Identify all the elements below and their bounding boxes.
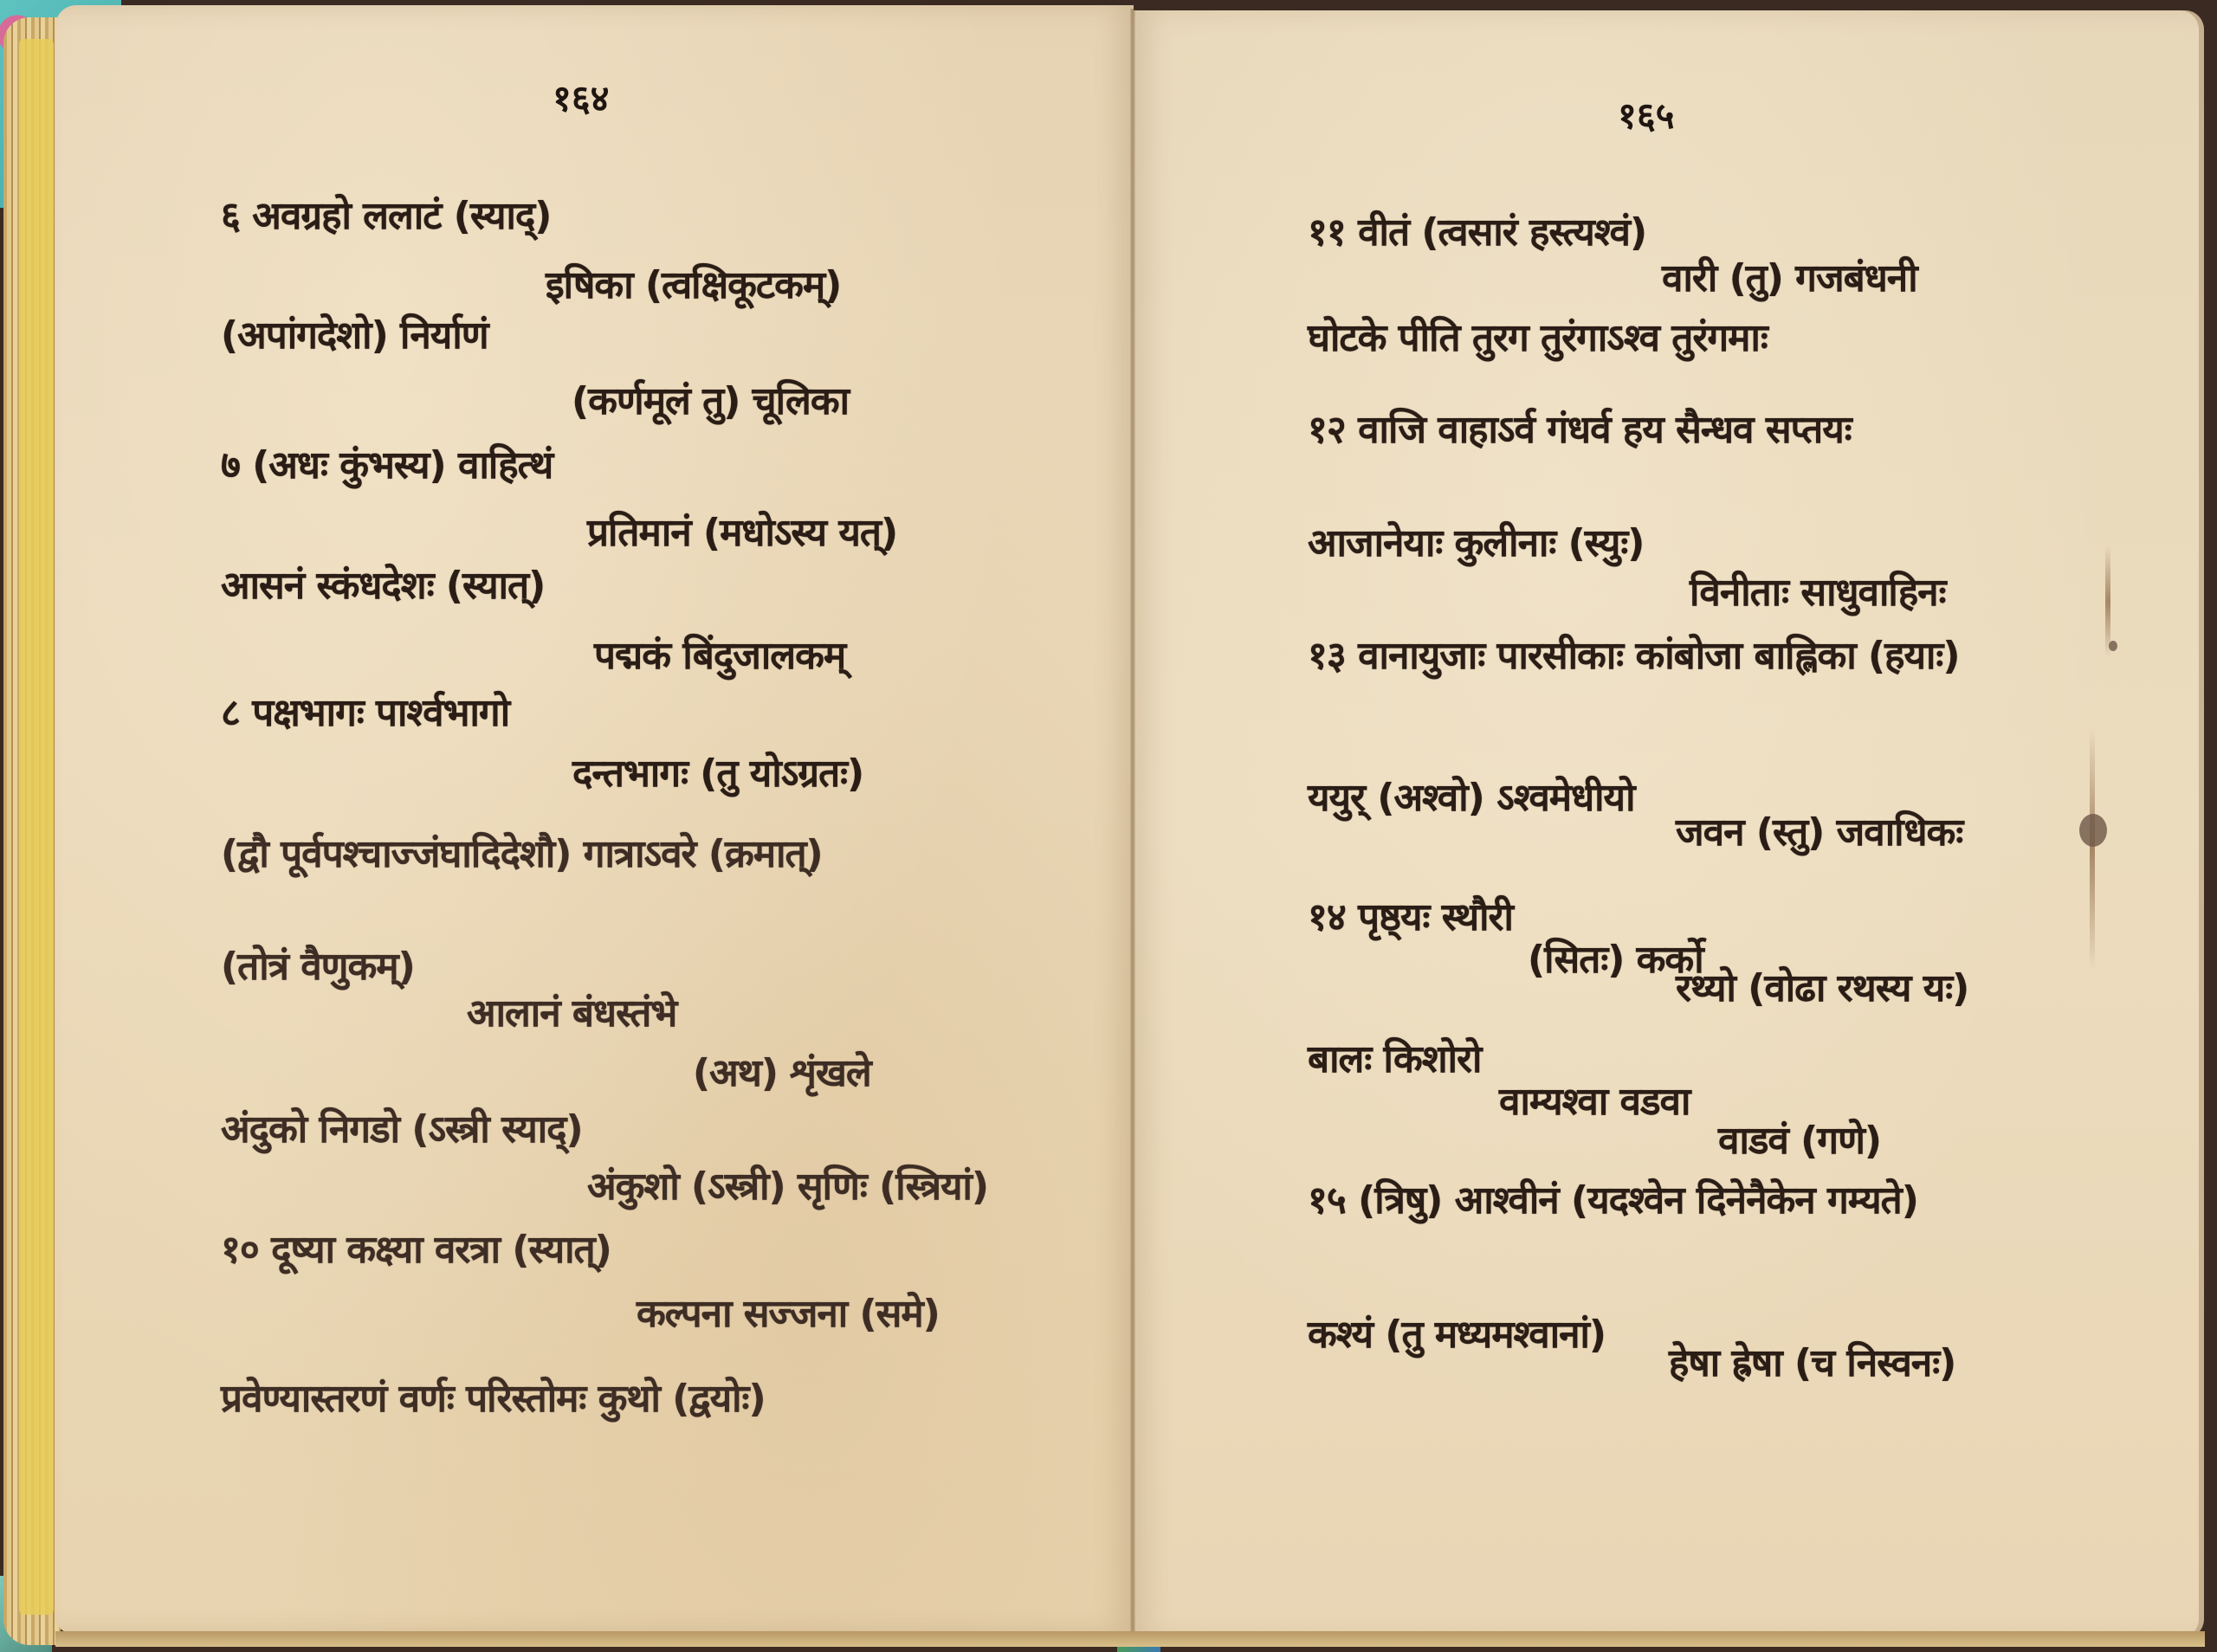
manuscript-line: विनीताः साधुवाहिनः xyxy=(1690,574,1946,612)
manuscript-line: ८ पक्षभागः पार्श्वभागो xyxy=(221,694,509,732)
right-page-number: १६५ xyxy=(1618,90,1675,139)
right-page xyxy=(1134,10,2204,1638)
manuscript-line: प्रतिमानं (मधोऽस्य यत्) xyxy=(587,514,897,552)
book-spine xyxy=(1130,9,1135,1641)
manuscript-line: आजानेयाः कुलीनाः (स्युः) xyxy=(1308,525,1644,563)
manuscript-line: १३ वानायुजाः पारसीकाः कांबोजा बाह्लिका (… xyxy=(1308,637,1959,675)
open-book: १६४ ६ अवग्रहो ललाटं (स्याद्) इषिका (त्वक… xyxy=(0,0,2217,1652)
manuscript-line: अंकुशो (ऽस्त्री) सृणिः (स्त्रियां) xyxy=(587,1168,988,1206)
yellow-binding-strip xyxy=(19,39,54,1615)
manuscript-line: वाडवं (गणे) xyxy=(1718,1122,1881,1160)
manuscript-line: (अपांगदेशो) निर्याणं xyxy=(221,317,488,355)
ink-streak-stain xyxy=(2090,727,2095,970)
manuscript-line: (कर्णमूलं तु) चूलिका xyxy=(572,383,849,421)
left-page-number: १६४ xyxy=(553,73,610,122)
manuscript-line: ७ (अधः कुंभस्य) वाहित्थं xyxy=(221,447,553,485)
ink-blot-stain xyxy=(2109,641,2117,651)
ink-blot-stain xyxy=(2079,814,2107,847)
manuscript-line: ११ वीतं (त्वसारं हस्त्यश्वं) xyxy=(1308,214,1646,252)
manuscript-line: रथ्यो (वोढा रथस्य यः) xyxy=(1676,970,1968,1008)
manuscript-line: ६ अवग्रहो ललाटं (स्याद्) xyxy=(221,197,551,236)
manuscript-line: पद्मकं बिंदुजालकम् xyxy=(594,637,845,675)
manuscript-line: हेषा ह्रेषा (च निस्वनः) xyxy=(1669,1345,1955,1383)
manuscript-line: कल्पना सज्जना (समे) xyxy=(637,1295,940,1333)
manuscript-line: १० दूष्या कक्ष्या वरत्रा (स्यात्) xyxy=(221,1231,611,1269)
manuscript-line: वाम्यश्वा वडवा xyxy=(1499,1083,1690,1121)
manuscript-line: आसनं स्कंधदेशः (स्यात्) xyxy=(221,567,545,605)
manuscript-line: वारी (तु) गजबंधनी xyxy=(1662,260,1917,298)
manuscript-line: १४ पृष्ठ्यः स्थौरी xyxy=(1308,899,1513,937)
manuscript-line: (द्वौ पूर्वपश्चाज्जंघादिदेशौ) गात्राऽवरे… xyxy=(221,836,823,874)
manuscript-line: (अथ) शृंखले xyxy=(693,1055,871,1093)
manuscript-line: प्रवेण्यास्तरणं वर्णः परिस्तोमः कुथो (द्… xyxy=(221,1380,766,1418)
manuscript-line: १५ (त्रिषु) आश्वीनं (यदश्वेन दिनेनैकेन ग… xyxy=(1308,1182,1918,1220)
manuscript-line: अंदुको निगडो (ऽस्त्री स्याद्) xyxy=(221,1111,583,1149)
manuscript-line: इषिका (त्वक्षिकूटकम्) xyxy=(546,267,841,305)
manuscript-line: आलानं बंधस्तंभे xyxy=(467,995,676,1033)
manuscript-line: बालः किशोरो xyxy=(1308,1041,1481,1079)
manuscript-line: १२ वाजि वाहाऽर्व गंधर्व हय सैन्धव सप्तयः xyxy=(1308,411,1852,449)
manuscript-line: घोटके पीति तुरग तुरंगाऽश्व तुरंगमाः xyxy=(1308,319,1768,358)
page-bottom-edge xyxy=(55,1631,2205,1647)
manuscript-line: (तोत्रं वैणुकम्) xyxy=(221,948,415,986)
manuscript-line: जवन (स्तु) जवाधिकः xyxy=(1676,814,1962,852)
manuscript-line: कश्यं (तु मध्यमश्वानां) xyxy=(1308,1316,1606,1354)
manuscript-line: ययुर् (अश्वो) ऽश्वमेधीयो xyxy=(1308,779,1634,817)
manuscript-line: दन्तभागः (तु योऽग्रतः) xyxy=(572,755,863,793)
